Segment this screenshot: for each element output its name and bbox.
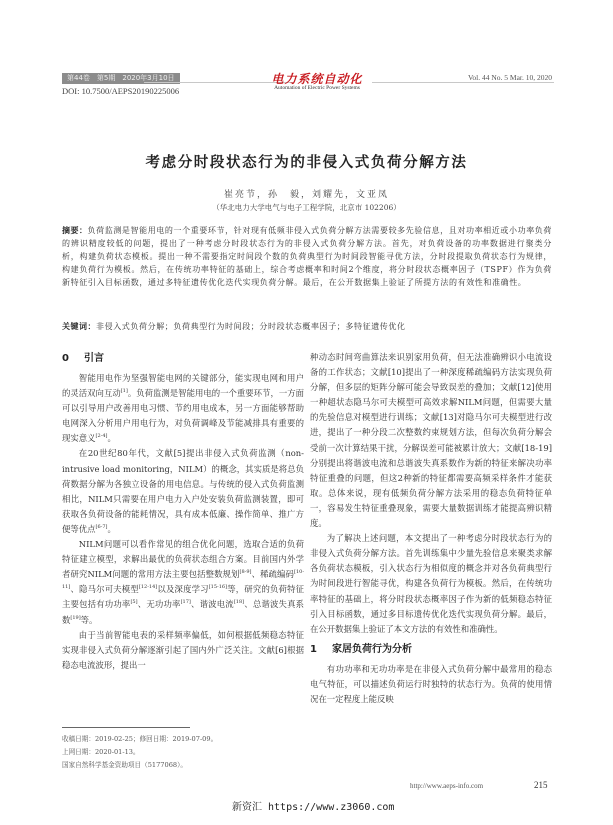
doi: DOI: 10.7500/AEPS20190225006 <box>62 86 179 96</box>
abstract-label: 摘要： <box>62 226 88 235</box>
paragraph-continued: 种动态时间弯曲算法来识别家用负荷，但无法准确辨识小电流设备的工作状态；文献[10… <box>310 350 552 531</box>
citation[interactable]: [18] <box>234 599 244 605</box>
journal-url[interactable]: http://www.aeps-info.com <box>410 782 483 790</box>
citation[interactable]: [2-4] <box>96 433 108 439</box>
page-number: 215 <box>534 780 548 790</box>
header-divider-right <box>372 82 554 83</box>
section-title: 家居负荷行为分析 <box>332 644 412 655</box>
citation[interactable]: [19] <box>70 615 80 621</box>
right-column: 种动态时间弯曲算法来识别家用负荷，但无法准确辨识小电流设备的工作状态；文献[10… <box>310 350 552 707</box>
section-heading-intro: 0引言 <box>62 352 304 366</box>
section-title: 引言 <box>84 353 104 364</box>
section-heading-1: 1家居负荷行为分析 <box>310 643 552 657</box>
paragraph: 在20世纪80年代，文献[5]提出非侵入式负荷监测（non-intrusive … <box>62 446 304 537</box>
paragraph: 有功功率和无功功率是在非侵入式负荷分解中最常用的稳态电气特征，可以描述负荷运行时… <box>310 662 552 707</box>
citation[interactable]: [1] <box>121 388 128 394</box>
left-column: 0引言 智能用电作为坚强智能电网的关键部分，能实现电网和用户的灵活双向互动[1]… <box>62 352 304 673</box>
keywords: 关键词：非侵入式负荷分解；负荷典型行为时间段；分时段状态概率因子；多特征遗传优化 <box>62 320 552 333</box>
authors: 崔亮节，孙 毅，刘耀先，文亚凤 <box>0 187 613 200</box>
citation[interactable]: [12-14] <box>139 584 157 590</box>
watermark: 新资汇 https://www.z3060.com <box>232 798 394 813</box>
citation[interactable]: [5] <box>130 599 137 605</box>
footnotes: 收稿日期：2019-02-25；修回日期：2019-07-09。 上网日期：20… <box>62 733 217 772</box>
paragraph: 为了解决上述问题，本文提出了一种考虑分时段状态行为的非侵入式负荷分解方法。首先训… <box>310 531 552 637</box>
citation[interactable]: [17] <box>181 599 191 605</box>
citation[interactable]: [15-16] <box>209 584 227 590</box>
section-number: 1 <box>310 643 332 657</box>
paragraph: 智能用电作为坚强智能电网的关键部分，能实现电网和用户的灵活双向互动[1]。负荷监… <box>62 371 304 446</box>
paragraph: 由于当前智能电表的采样频率偏低，如何根据低频稳态特征实现非侵入式负荷分解逐渐引起… <box>62 628 304 673</box>
citation[interactable]: [6-7] <box>96 524 108 530</box>
affiliation: （华北电力大学电气与电子工程学院，北京市 102206） <box>0 202 613 213</box>
footnote-online-date: 上网日期：2020-01-13。 <box>62 746 217 759</box>
abstract: 摘要：负荷监测是智能用电的一个重要环节，针对现有低频非侵入式负荷分解方法需要较多… <box>62 224 552 289</box>
footnote-divider <box>62 727 190 728</box>
section-number: 0 <box>62 352 84 366</box>
abstract-text: 负荷监测是智能用电的一个重要环节，针对现有低频非侵入式负荷分解方法需要较多先验信… <box>62 226 552 287</box>
journal-name-en: Automation of Electric Power Systems <box>242 85 392 91</box>
volume-info: Vol. 44 No. 5 Mar. 10, 2020 <box>468 73 552 82</box>
footnote-dates: 收稿日期：2019-02-25；修回日期：2019-07-09。 <box>62 733 217 746</box>
footnote-funding: 国家自然科学基金资助项目（5177068）。 <box>62 759 217 772</box>
keywords-label: 关键词： <box>62 322 96 331</box>
paragraph: NILM问题可以看作常见的组合优化问题，选取合适的负荷特征建立模型，求解出最优的… <box>62 537 304 628</box>
citation[interactable]: [8-9] <box>240 569 252 575</box>
keywords-text: 非侵入式负荷分解；负荷典型行为时间段；分时段状态概率因子；多特征遗传优化 <box>96 322 406 331</box>
article-title: 考虑分时段状态行为的非侵入式负荷分解方法 <box>0 151 613 172</box>
journal-header: 第44卷 第5期 2020年3月10日 DOI: 10.7500/AEPS201… <box>62 73 552 103</box>
